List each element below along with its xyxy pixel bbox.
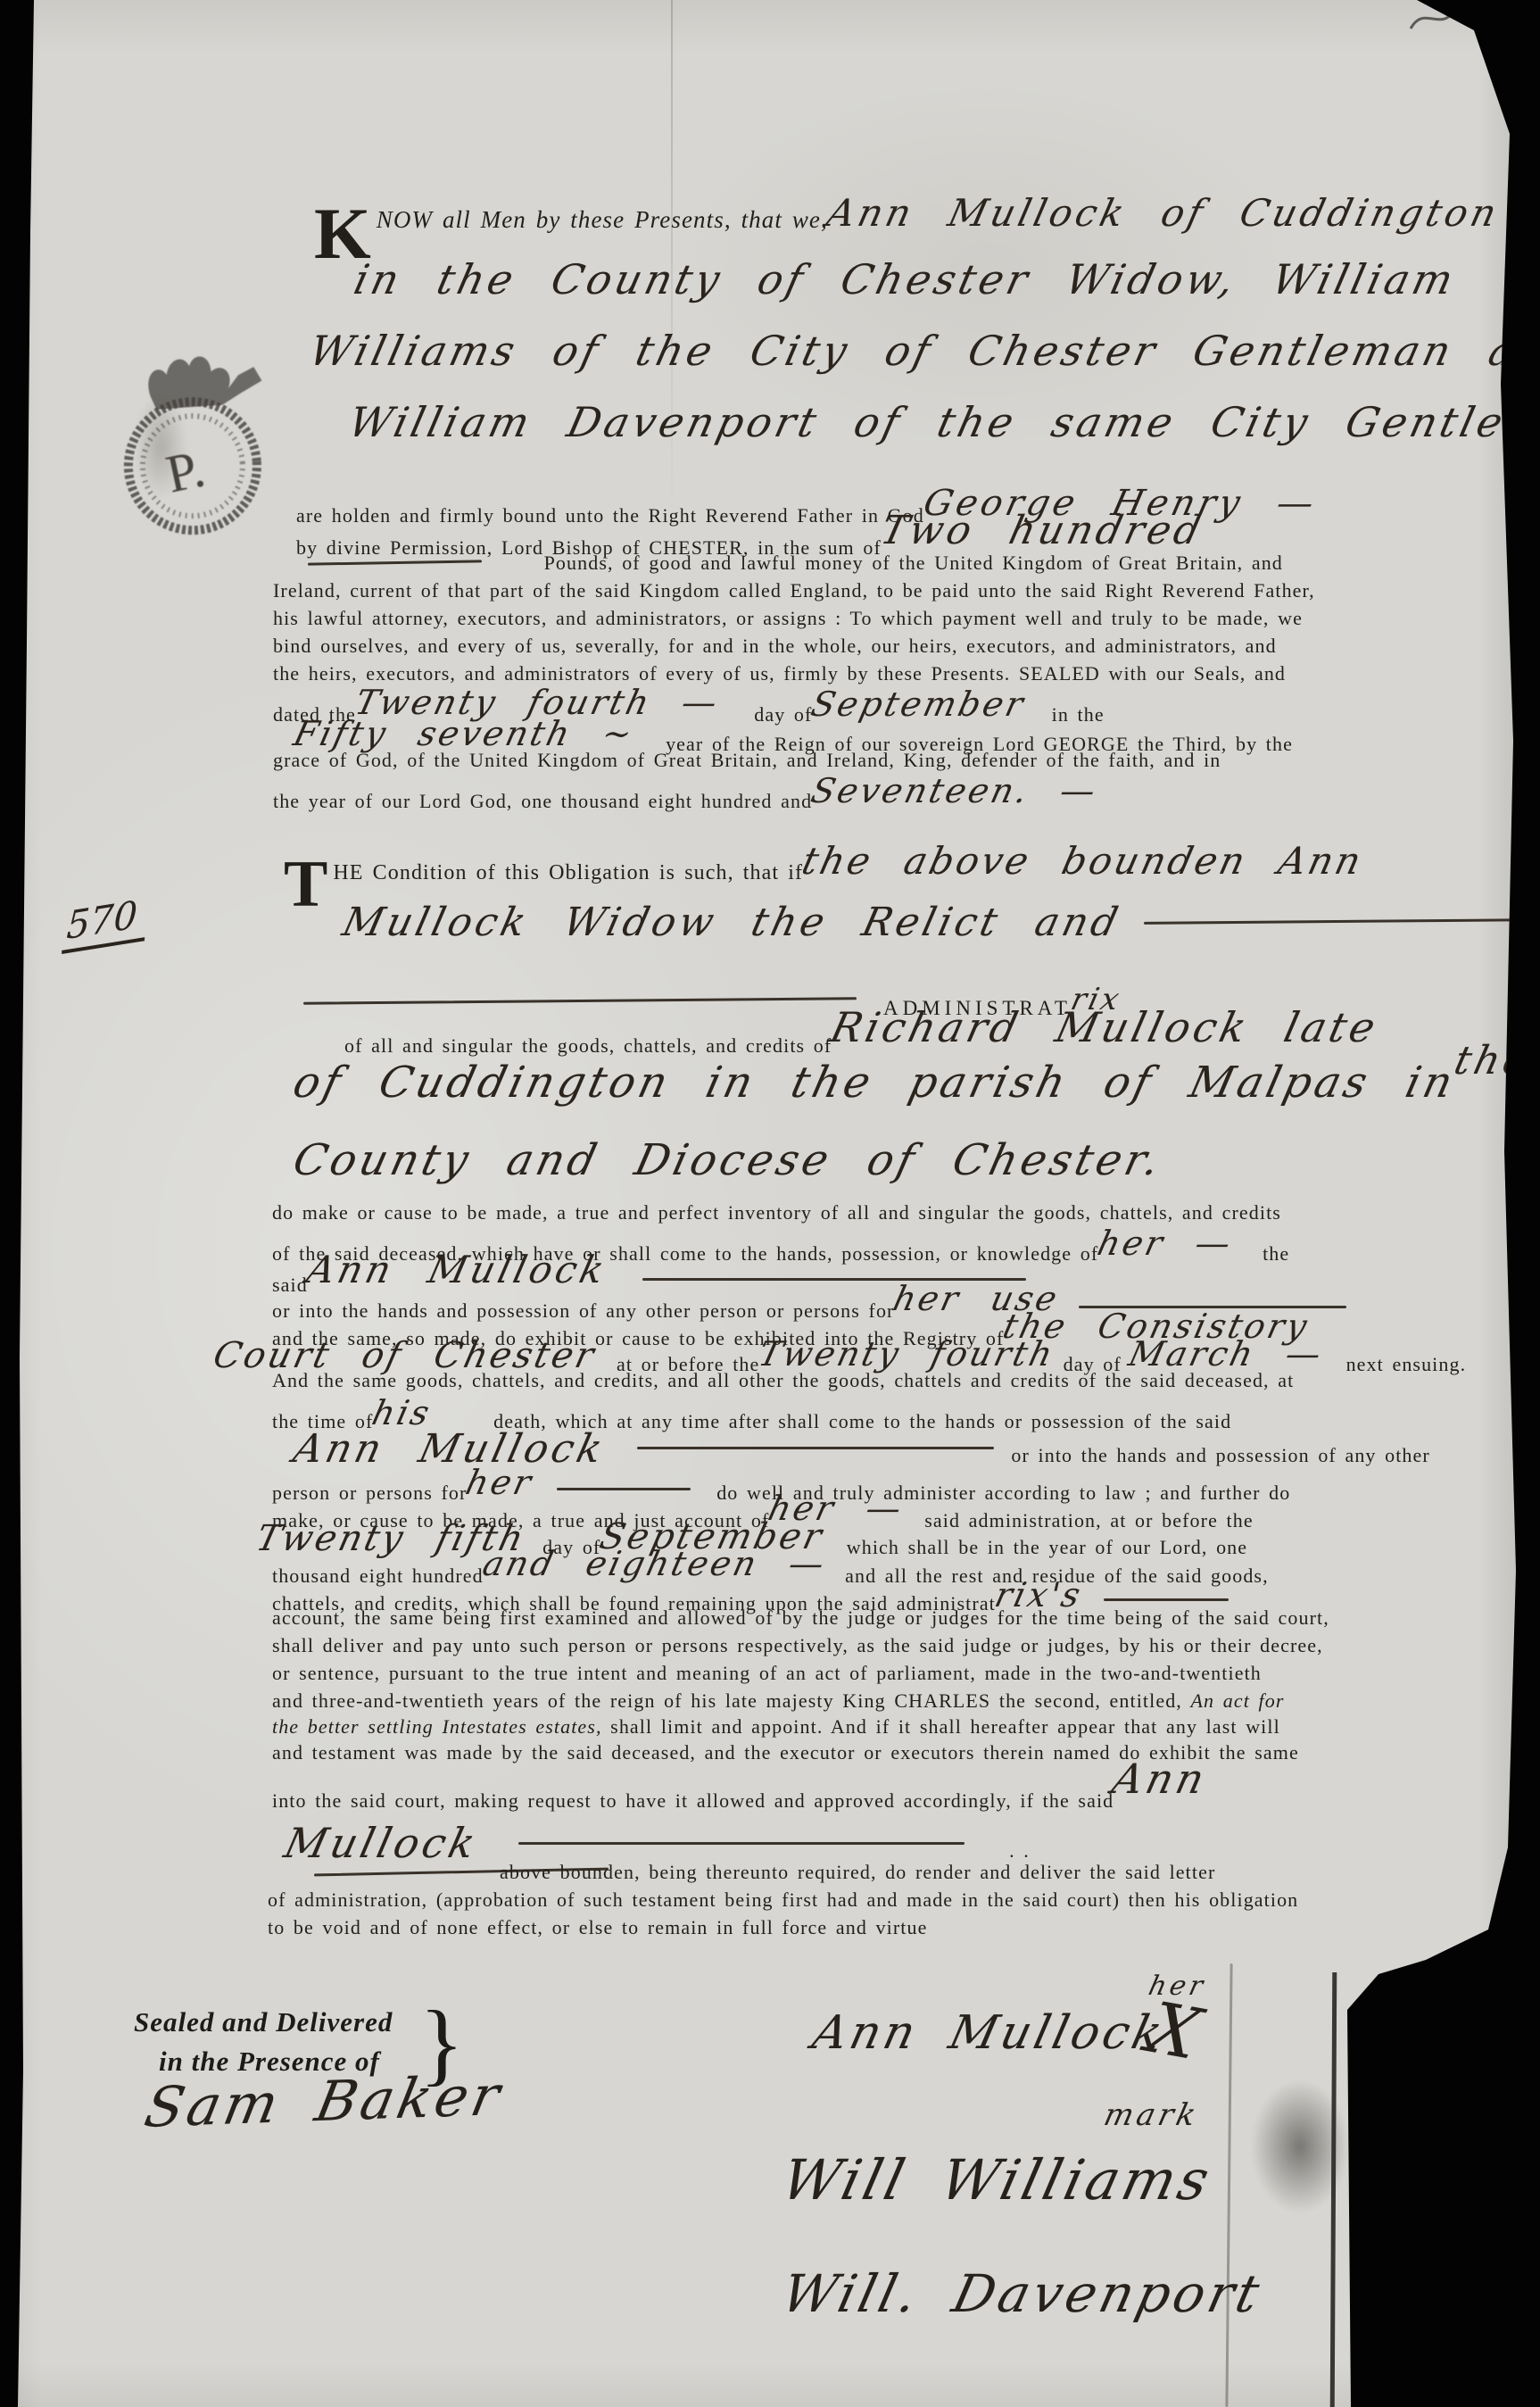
handwritten-text: her — (1094, 1224, 1237, 1263)
document-line: his lawful attorney, executors, and admi… (273, 607, 1303, 630)
surety2-signature: Will. Davenport (776, 2263, 1268, 2324)
document-line: of administration, (approbation of such … (268, 1888, 1298, 1912)
document-line: Mullock Widow the Relict and (344, 900, 1536, 945)
printed-text: Ireland, current of that part of the sai… (273, 579, 1315, 602)
handwritten-text: Seventeen. — (807, 771, 1102, 810)
document-line: above bounden, being thereunto required,… (500, 1861, 1215, 1884)
printed-text-italic: An act for (1191, 1689, 1285, 1712)
printed-text: the year of our Lord God, one thousand e… (273, 790, 812, 812)
printed-text: the (1254, 1242, 1289, 1265)
document-line: Ireland, current of that part of the sai… (273, 579, 1315, 602)
corner-ink-mark (1406, 0, 1513, 40)
handwritten-text: Richard Mullock late (826, 1003, 1384, 1051)
document-line: the year of our Lord God, one thousand e… (273, 776, 1097, 816)
paper-crease (1225, 1963, 1232, 2407)
document-line: account, the same being first examined a… (272, 1606, 1329, 1630)
printed-text: HE Condition of this Obligation is such,… (333, 861, 803, 884)
stamp-letter: P. (161, 438, 211, 503)
witness-signature: Sam Baker (139, 2063, 509, 2140)
scanned-document-page: P. 570 KNOW all Men by these Presents, t… (0, 0, 1540, 2407)
handwritten-text: Two hundred (876, 508, 1208, 553)
printed-text: do make or cause to be made, a true and … (272, 1201, 1281, 1224)
handwritten-text: Ann (1108, 1755, 1213, 1803)
handwritten-text: Fifty seventh ~ (290, 714, 639, 753)
ink-rule (1144, 918, 1536, 925)
printed-text: to be void and of none effect, or else t… (268, 1916, 927, 1938)
handwritten-text: Ann Mullock of Cuddington (823, 191, 1503, 235)
handwritten-text: and eighteen — (479, 1544, 831, 1583)
printed-text: above bounden, being thereunto required,… (500, 1861, 1215, 1883)
handwritten-text: March — (1125, 1334, 1328, 1374)
handwritten-text: the above bounden Ann (798, 839, 1367, 883)
document-line: or sentence, pursuant to the true intent… (272, 1662, 1262, 1685)
document-line: County and Diocese of Chester. (294, 1135, 1162, 1185)
document-line: shall deliver and pay unto such person o… (272, 1634, 1323, 1657)
handwritten-text: the (1450, 1038, 1536, 1083)
printed-text-italic: the better settling Intestates estates, (272, 1715, 602, 1738)
handwritten-text: Williams of the City of Chester Gentlema… (305, 327, 1540, 375)
ink-rule (557, 1488, 691, 1490)
ink-rule (518, 1842, 965, 1845)
document-line: Mullock . . (286, 1819, 1030, 1867)
ink-smudge (1251, 2079, 1349, 2213)
document-line: Ann Mullock or into the hands and posses… (294, 1426, 1430, 1472)
handwritten-text: of Cuddington in the parish of Malpas in (289, 1058, 1461, 1108)
ink-rule (637, 1447, 994, 1449)
ink-rule (308, 560, 482, 565)
document-line: do make or cause to be made, a true and … (272, 1201, 1281, 1224)
handwritten-text: Mullock (280, 1819, 484, 1867)
printed-text: of all and singular the goods, chattels,… (344, 1034, 832, 1057)
document-line: of Cuddington in the parish of Malpas in… (294, 1058, 1530, 1108)
document-line: And the same goods, chattels, and credit… (272, 1369, 1294, 1392)
dropcap-letter: K (314, 207, 371, 260)
margin-number: 570 (62, 891, 147, 954)
paper-sheet: P. 570 KNOW all Men by these Presents, t… (0, 0, 1540, 2407)
printed-text: Pounds, of good and lawful money of the … (535, 552, 1283, 574)
mark-word: mark (1100, 2097, 1203, 2133)
document-line: of all and singular the goods, chattels,… (344, 1014, 1379, 1062)
ink-rule (1104, 1598, 1229, 1601)
printed-text: grace of God, of the United Kingdom of G… (273, 749, 1221, 771)
surety1-signature: Will Williams (776, 2147, 1219, 2212)
printed-text: or sentence, pursuant to the true intent… (272, 1662, 1262, 1684)
principal-signature: Ann Mullock (807, 2006, 1171, 2060)
printed-text-italic: NOW all Men by these Presents, that we, (377, 206, 828, 233)
handwritten-text: in the County of Chester Widow, William (350, 255, 1461, 303)
printed-text: or into the hands and possession of any … (1003, 1444, 1430, 1466)
document-line: into the said court, making request to h… (272, 1769, 1207, 1817)
sealed-delivered-label: Sealed and Delivered (134, 2006, 393, 2038)
handwritten-text: Ann Mullock (289, 1426, 610, 1472)
document-line: Pounds, of good and lawful money of the … (308, 552, 1283, 575)
document-line: William Davenport of the same City Gentl… (350, 398, 1540, 446)
printed-text: bind ourselves, and every of us, several… (273, 635, 1277, 657)
bishop-court-stamp-icon: P. (93, 333, 294, 551)
printed-text: of administration, (approbation of such … (268, 1888, 1298, 1911)
printed-text: . . (1000, 1839, 1029, 1862)
handwritten-text: Ann Mullock (302, 1248, 611, 1291)
handwritten-text: County and Diocese of Chester. (289, 1135, 1168, 1185)
printed-text: and three-and-twentieth years of the rei… (272, 1689, 1191, 1712)
printed-text: into the said court, making request to h… (272, 1789, 1114, 1812)
printed-text: the heirs, executors, and administrators… (273, 662, 1286, 685)
printed-text: his lawful attorney, executors, and admi… (273, 607, 1303, 629)
dropcap-letter: T (284, 861, 327, 909)
handwritten-text: Twenty fourth (755, 1334, 1059, 1374)
handwritten-text: Mullock Widow the Relict and (338, 900, 1125, 945)
document-line: bind ourselves, and every of us, several… (273, 635, 1277, 658)
document-line: to be void and of none effect, or else t… (268, 1916, 927, 1939)
document-line: grace of God, of the United Kingdom of G… (273, 749, 1221, 772)
printed-text: account, the same being first examined a… (272, 1606, 1329, 1629)
printed-text: next ensuing. (1337, 1353, 1466, 1375)
ink-rule (303, 997, 857, 1004)
handwritten-text: William Davenport of the same City Gentl… (344, 398, 1540, 446)
document-line: KNOW all Men by these Presents, that we,… (314, 191, 1499, 260)
handwritten-text: September (807, 685, 1030, 724)
printed-text: shall deliver and pay unto such person o… (272, 1634, 1323, 1656)
document-line: Williams of the City of Chester Gentlema… (310, 327, 1540, 375)
document-line: the better settling Intestates estates, … (272, 1715, 1280, 1739)
document-line: in the County of Chester Widow, William (355, 255, 1455, 303)
document-line: and three-and-twentieth years of the rei… (272, 1689, 1285, 1713)
printed-text: shall limit and appoint. And if it shall… (602, 1715, 1280, 1738)
printed-text: And the same goods, chattels, and credit… (272, 1369, 1294, 1391)
